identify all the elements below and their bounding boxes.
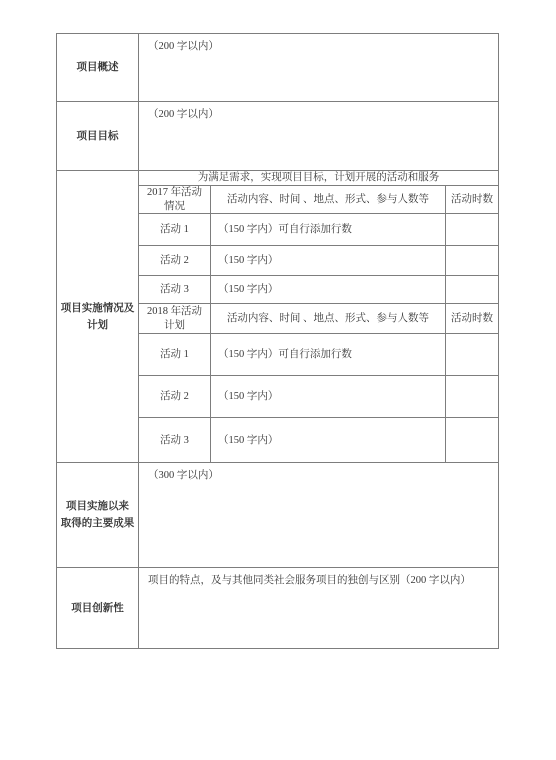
implementation-intro: 为满足需求，实现项目目标，计划开展的活动和服务 [139,171,499,186]
activity-content-field-2018-1[interactable]: （150 字内）可自行添加行数 [211,334,446,376]
activity-hours-field-2018-3[interactable] [446,418,499,463]
section-2017-header-row: 2017 年活动 情况 活动内容、时间 、地点、形式、参与人数等 活动时数 [139,186,499,214]
activity-name-2017-3: 活动 3 [139,276,211,304]
label-project-goal: 项目目标 [57,102,139,171]
row-innovation: 项目创新性 项目的特点，及与其他同类社会服务项目的独创与区别（200 字以内） [57,568,499,649]
placeholder-project-overview: （200 字以内） [148,41,219,52]
content-header-2018: 活动内容、时间 、地点、形式、参与人数等 [211,304,446,334]
activity-hours-field-2017-3[interactable] [446,276,499,304]
activity-name-2018-1: 活动 1 [139,334,211,376]
label-implementation-line2: 计划 [87,317,108,334]
activity-name-2018-2: 活动 2 [139,376,211,418]
activity-row-2018-1: 活动 1 （150 字内）可自行添加行数 [139,334,499,376]
placeholder-achievements: （300 字以内） [148,470,219,481]
activity-row-2018-3: 活动 3 （150 字内） [139,418,499,463]
row-achievements: 项目实施以来 取得的主要成果 （300 字以内） [57,463,499,568]
period-header-2018-line2: 计划 [164,319,185,333]
row-project-overview: 项目概述 （200 字以内） [57,34,499,102]
activity-content-field-2017-1[interactable]: （150 字内）可自行添加行数 [211,214,446,246]
label-achievements-line2: 取得的主要成果 [61,515,135,532]
placeholder-innovation: 项目的特点，及与其他同类社会服务项目的独创与区别（200 字以内） [148,575,471,586]
field-project-goal[interactable]: （200 字以内） [139,102,499,171]
period-header-2018: 2018 年活动 计划 [139,304,211,334]
row-implementation: 项目实施情况及 计划 为满足需求，实现项目目标，计划开展的活动和服务 2017 … [57,171,499,463]
placeholder-activity-2018-2: （150 字内） [218,389,278,404]
content-header-2017: 活动内容、时间 、地点、形式、参与人数等 [211,186,446,214]
activity-name-2017-2: 活动 2 [139,246,211,276]
field-achievements[interactable]: （300 字以内） [139,463,499,568]
activity-content-field-2018-3[interactable]: （150 字内） [211,418,446,463]
section-2018-header-row: 2018 年活动 计划 活动内容、时间 、地点、形式、参与人数等 活动时数 [139,304,499,334]
period-header-2017-line1: 2017 年活动 [147,186,202,200]
activity-name-2018-3: 活动 3 [139,418,211,463]
activity-row-2017-2: 活动 2 （150 字内） [139,246,499,276]
label-achievements-line1: 项目实施以来 [66,498,129,515]
activity-content-field-2017-3[interactable]: （150 字内） [211,276,446,304]
hours-header-2018: 活动时数 [446,304,499,334]
activity-content-field-2017-2[interactable]: （150 字内） [211,246,446,276]
placeholder-activity-2017-1: （150 字内）可自行添加行数 [218,222,352,237]
period-header-2017: 2017 年活动 情况 [139,186,211,214]
activity-content-field-2018-2[interactable]: （150 字内） [211,376,446,418]
label-innovation: 项目创新性 [57,568,139,649]
placeholder-project-goal: （200 字以内） [148,109,219,120]
activity-name-2017-1: 活动 1 [139,214,211,246]
period-header-2018-line1: 2018 年活动 [147,305,202,319]
activity-hours-field-2017-1[interactable] [446,214,499,246]
activity-row-2017-3: 活动 3 （150 字内） [139,276,499,304]
hours-header-2017: 活动时数 [446,186,499,214]
placeholder-activity-2017-2: （150 字内） [218,253,278,268]
document-page: 项目概述 （200 字以内） 项目目标 （200 字以内） 项目实施情况及 计划… [0,0,556,760]
activity-hours-field-2018-1[interactable] [446,334,499,376]
placeholder-activity-2017-3: （150 字内） [218,282,278,297]
row-project-goal: 项目目标 （200 字以内） [57,102,499,171]
label-implementation: 项目实施情况及 计划 [57,171,139,463]
placeholder-activity-2018-1: （150 字内）可自行添加行数 [218,347,352,362]
label-achievements: 项目实施以来 取得的主要成果 [57,463,139,568]
field-project-overview[interactable]: （200 字以内） [139,34,499,102]
placeholder-activity-2018-3: （150 字内） [218,433,278,448]
label-implementation-line1: 项目实施情况及 [61,300,135,317]
label-project-overview: 项目概述 [57,34,139,102]
project-form-table: 项目概述 （200 字以内） 项目目标 （200 字以内） 项目实施情况及 计划… [56,33,499,649]
implementation-activity-table: 为满足需求，实现项目目标，计划开展的活动和服务 2017 年活动 情况 活动内容… [139,171,499,463]
activity-row-2018-2: 活动 2 （150 字内） [139,376,499,418]
period-header-2017-line2: 情况 [164,200,185,214]
activity-row-2017-1: 活动 1 （150 字内）可自行添加行数 [139,214,499,246]
field-innovation[interactable]: 项目的特点，及与其他同类社会服务项目的独创与区别（200 字以内） [139,568,499,649]
activity-hours-field-2017-2[interactable] [446,246,499,276]
activity-hours-field-2018-2[interactable] [446,376,499,418]
